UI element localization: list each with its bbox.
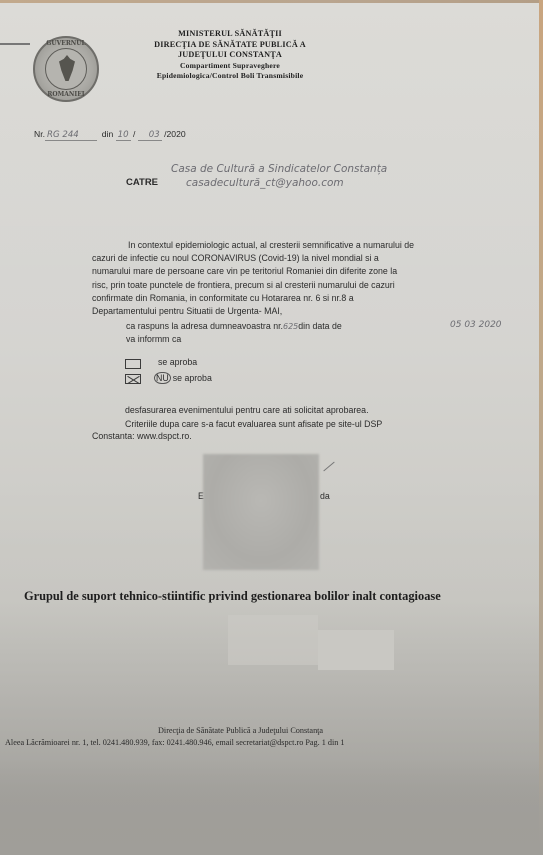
letterhead-line: Compartiment Supraveghere <box>130 61 330 72</box>
reg-year: 2020 <box>167 129 186 139</box>
approve-checkbox[interactable] <box>125 359 141 369</box>
paper-right-edge <box>539 0 543 855</box>
body-line: risc, prin toate punctele de frontiera, … <box>92 279 512 292</box>
romania-coat-of-arms-seal-icon: GUVERNUL ROMANIEI <box>33 36 99 102</box>
letterhead-line: MINISTERUL SĂNĂTĂŢII <box>130 29 330 40</box>
reg-number: RG 244 <box>45 130 97 141</box>
paper-top-edge <box>0 0 543 3</box>
inform-line: va informm ca <box>126 334 181 344</box>
footer-contact: Aleea Lăcrămioarei nr. 1, tel. 0241.480.… <box>5 738 345 747</box>
photo-shadow <box>0 760 543 855</box>
body-line: numarului mare de persoane care vin pe t… <box>92 265 512 278</box>
reply-prefix: ca raspuns la adresa dumneavoastra nr. <box>126 321 283 331</box>
signature-visible-right: da <box>320 491 330 501</box>
eagle-icon <box>59 55 75 81</box>
body-line: Criteriile dupa care s-a facut evaluarea… <box>125 418 382 432</box>
reg-din-label: din <box>102 129 113 139</box>
seal-text-top: GUVERNUL <box>35 40 97 47</box>
redacted-signature-block <box>203 454 319 570</box>
reply-middle: din data de <box>298 321 342 331</box>
reg-month: 03 <box>138 130 162 141</box>
recipient-block: CATRE Casa de Cultură a Sindicatelor Con… <box>126 172 158 190</box>
option-label-text: se aproba <box>173 373 212 383</box>
seal-inner-ring <box>45 48 87 90</box>
reply-line: ca raspuns la adresa dumneavoastra nr.62… <box>126 320 342 333</box>
reply-date: 05 03 2020 <box>450 319 502 332</box>
footer-institution: Direcţia de Sănătate Publică a Judeţului… <box>158 726 323 735</box>
recipient-email: casadecultură_ct@yahoo.com <box>186 177 344 189</box>
recipient-name: Casa de Cultură a Sindicatelor Constanța <box>171 163 387 175</box>
redacted-area <box>228 615 318 665</box>
reg-prefix: Nr. <box>34 129 45 139</box>
recipient-label: CATRE <box>126 177 158 188</box>
group-title: Grupul de suport tehnico-stiintific priv… <box>24 589 441 604</box>
website-line: Constanta: www.dspct.ro. <box>92 431 192 441</box>
reg-day: 10 <box>116 130 131 141</box>
seal-text-bottom: ROMANIEI <box>35 91 97 98</box>
stray-pen-mark <box>0 43 30 45</box>
body-line: confirmate din Romania, in conformitate … <box>92 292 512 305</box>
body-paragraph: In contextul epidemiologic actual, al cr… <box>92 239 512 318</box>
reply-number: 625 <box>283 322 298 331</box>
circled-nu: NU <box>154 372 171 384</box>
body-line: In contextul epidemiologic actual, al cr… <box>92 239 512 252</box>
letterhead-line: Epidemiologica/Control Boli Transmisibil… <box>130 71 330 82</box>
redacted-area <box>318 630 394 670</box>
letterhead-line: DIRECŢIA DE SĂNĂTATE PUBLICĂ A <box>130 40 330 51</box>
date-separator: / <box>133 129 135 139</box>
option-label: se aproba <box>158 357 197 367</box>
body-line: desfasurarea evenimentului pentru care a… <box>125 404 382 418</box>
body-line: cazuri de infectie cu noul CORONAVIRUS (… <box>92 252 512 265</box>
after-options-paragraph: desfasurarea evenimentului pentru care a… <box>125 404 382 431</box>
body-line: Departamentului pentru Situatii de Urgen… <box>92 305 512 318</box>
not-approve-checkbox[interactable] <box>125 374 141 384</box>
letterhead-line: JUDEŢULUI CONSTANŢA <box>130 50 330 61</box>
option-label: NUse aproba <box>154 372 212 384</box>
registration-line: Nr.RG 244 din 10 / 03 /2020 <box>34 129 186 141</box>
letterhead: MINISTERUL SĂNĂTĂŢII DIRECŢIA DE SĂNĂTAT… <box>130 29 330 82</box>
